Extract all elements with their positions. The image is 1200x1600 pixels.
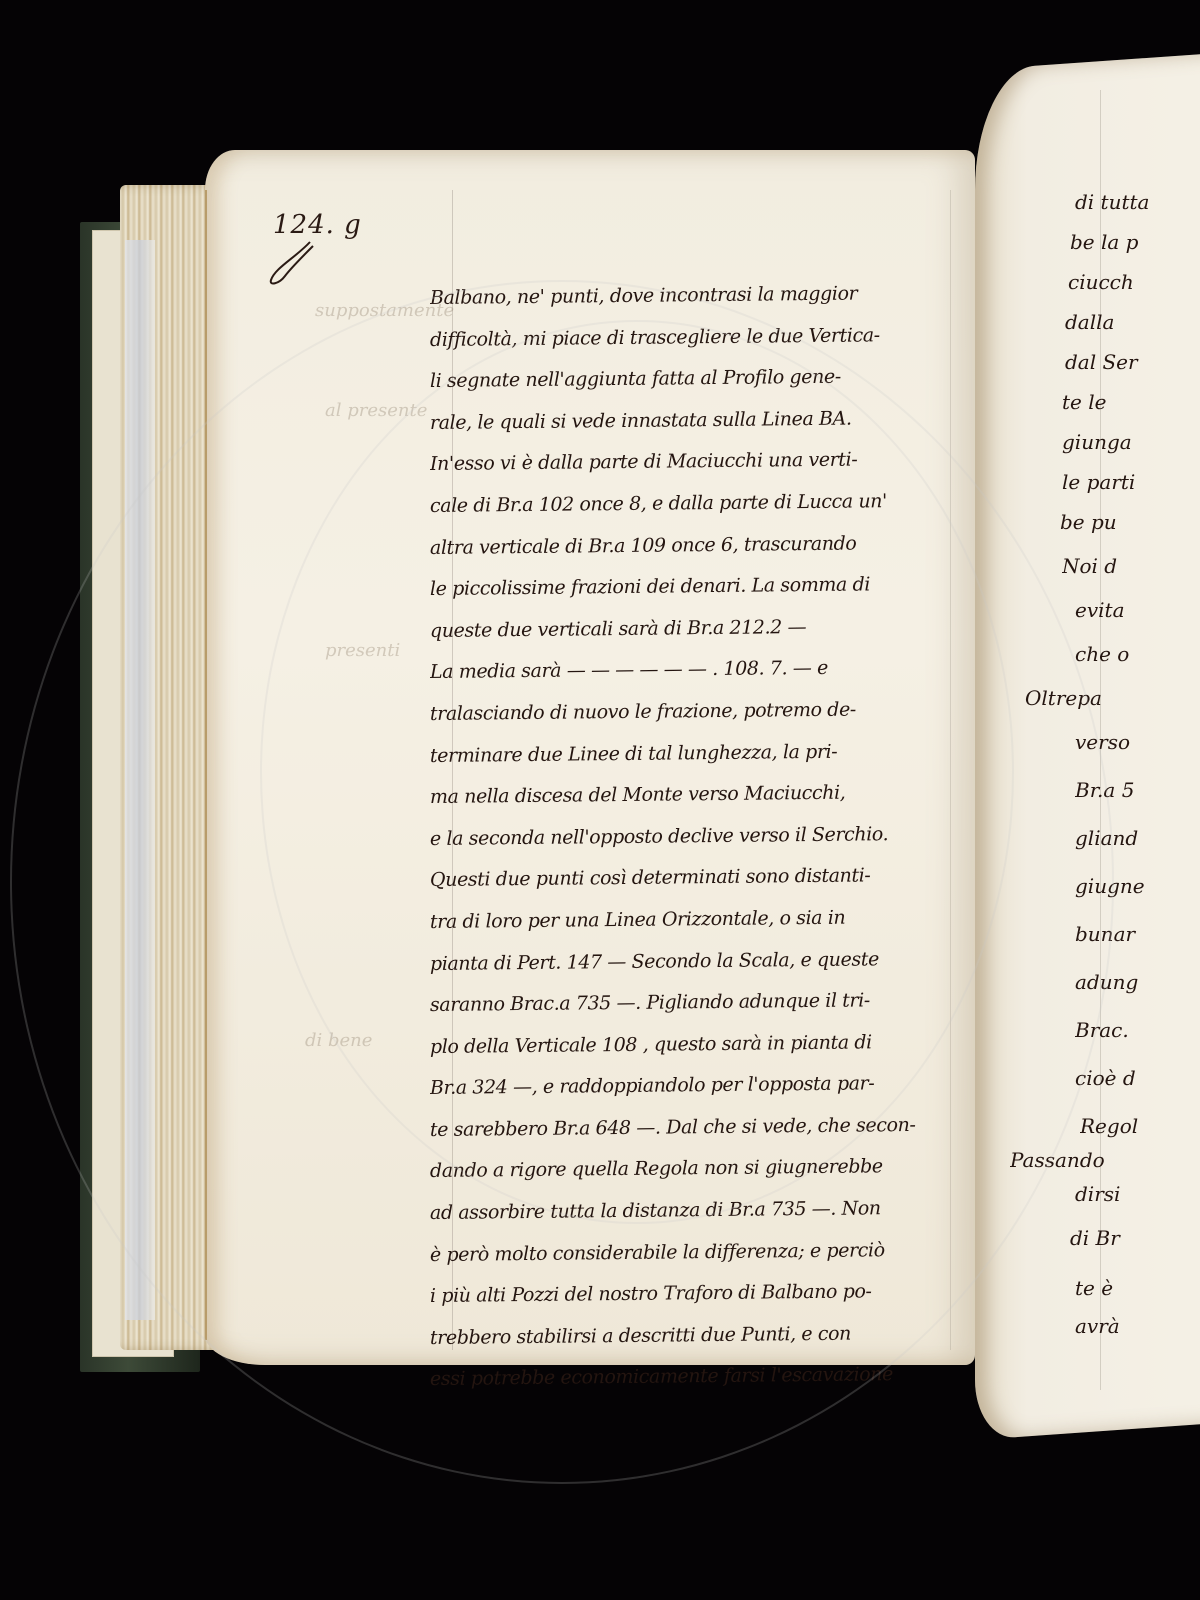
manuscript-line: adung <box>1075 955 1200 1009</box>
bleed-through-text: al presente <box>325 400 427 421</box>
manuscript-line: difficoltà, mi piace di trascegliere le … <box>430 314 965 361</box>
manuscript-line: Brac. <box>1075 1003 1200 1057</box>
manuscript-line: rale, le quali si vede innastata sulla L… <box>430 397 965 444</box>
manuscript-line: saranno Brac.a 735 —. Pigliando adunque … <box>430 979 965 1026</box>
folio-flourish-icon <box>265 238 325 288</box>
manuscript-line: La media sarà — — — — — — . 108. 7. — e <box>430 647 965 694</box>
manuscript-line: è però molto considerabile la differenza… <box>430 1229 965 1276</box>
manuscript-line: giugne <box>1075 859 1200 913</box>
manuscript-line: pianta di Pert. 147 — Secondo la Scala, … <box>430 938 965 985</box>
manuscript-line: di Br <box>1070 1211 1200 1265</box>
manuscript-line: essi potrebbe economicamente farsi l'esc… <box>430 1354 965 1401</box>
manuscript-line: bunar <box>1075 907 1200 961</box>
right-page-text-block: di tutta be la p ciucch dalla dal Ser te… <box>1050 175 1200 1353</box>
manuscript-line: cioè d <box>1075 1051 1200 1105</box>
manuscript-line: e la seconda nell'opposto declive verso … <box>430 813 965 860</box>
manuscript-line: tralasciando di nuovo le frazione, potre… <box>430 688 965 735</box>
manuscript-line: li segnate nell'aggiunta fatta al Profil… <box>430 356 965 403</box>
folio-number: 124. g <box>273 210 362 240</box>
manuscript-photo: 124. g suppostamente al presente present… <box>0 0 1200 1600</box>
manuscript-line: trebbero stabilirsi a descritti due Punt… <box>430 1312 965 1359</box>
bleed-through-text: di bene <box>305 1030 372 1051</box>
folio-number-text: 124. <box>273 210 335 240</box>
manuscript-text-block: Balbano, ne' punti, dove incontrasi la m… <box>430 278 965 1401</box>
manuscript-line: altra verticale di Br.a 109 once 6, tras… <box>430 522 965 569</box>
manuscript-line: verso <box>1075 715 1200 769</box>
manuscript-line: te sarebbero Br.a 648 —. Dal che si vede… <box>430 1104 965 1151</box>
manuscript-line: i più alti Pozzi del nostro Traforo di B… <box>430 1271 965 1318</box>
folio-mark: g <box>344 210 362 240</box>
manuscript-line: cale di Br.a 102 once 8, e dalla parte d… <box>430 480 965 527</box>
manuscript-line: plo della Verticale 108 , questo sarà in… <box>430 1021 965 1068</box>
manuscript-line: Br.a 5 <box>1075 763 1200 817</box>
bleed-through-text: presenti <box>325 640 400 661</box>
manuscript-line: queste due verticali sarà di Br.a 212.2 … <box>430 605 965 652</box>
manuscript-line: In'esso vi è dalla parte di Maciucchi un… <box>430 439 965 486</box>
page-edges-inner <box>125 240 155 1320</box>
manuscript-line: Questi due punti così determinati sono d… <box>430 855 965 902</box>
left-page: 124. g suppostamente al presente present… <box>205 150 975 1365</box>
manuscript-line: ad assorbire tutta la distanza di Br.a 7… <box>430 1187 965 1234</box>
manuscript-line: Balbano, ne' punti, dove incontrasi la m… <box>430 272 965 319</box>
manuscript-line: ma nella discesa del Monte verso Maciucc… <box>430 772 965 819</box>
manuscript-line: Br.a 324 —, e raddoppiandolo per l'oppos… <box>430 1063 965 1110</box>
manuscript-line: avrà <box>1075 1299 1200 1353</box>
manuscript-line: le piccolissime frazioni dei denari. La … <box>430 564 965 611</box>
manuscript-line: terminare due Linee di tal lunghezza, la… <box>430 730 965 777</box>
manuscript-line: tra di loro per una Linea Orizzontale, o… <box>430 896 965 943</box>
manuscript-line: gliand <box>1075 811 1200 865</box>
manuscript-line: dando a rigore quella Regola non si giug… <box>430 1146 965 1193</box>
